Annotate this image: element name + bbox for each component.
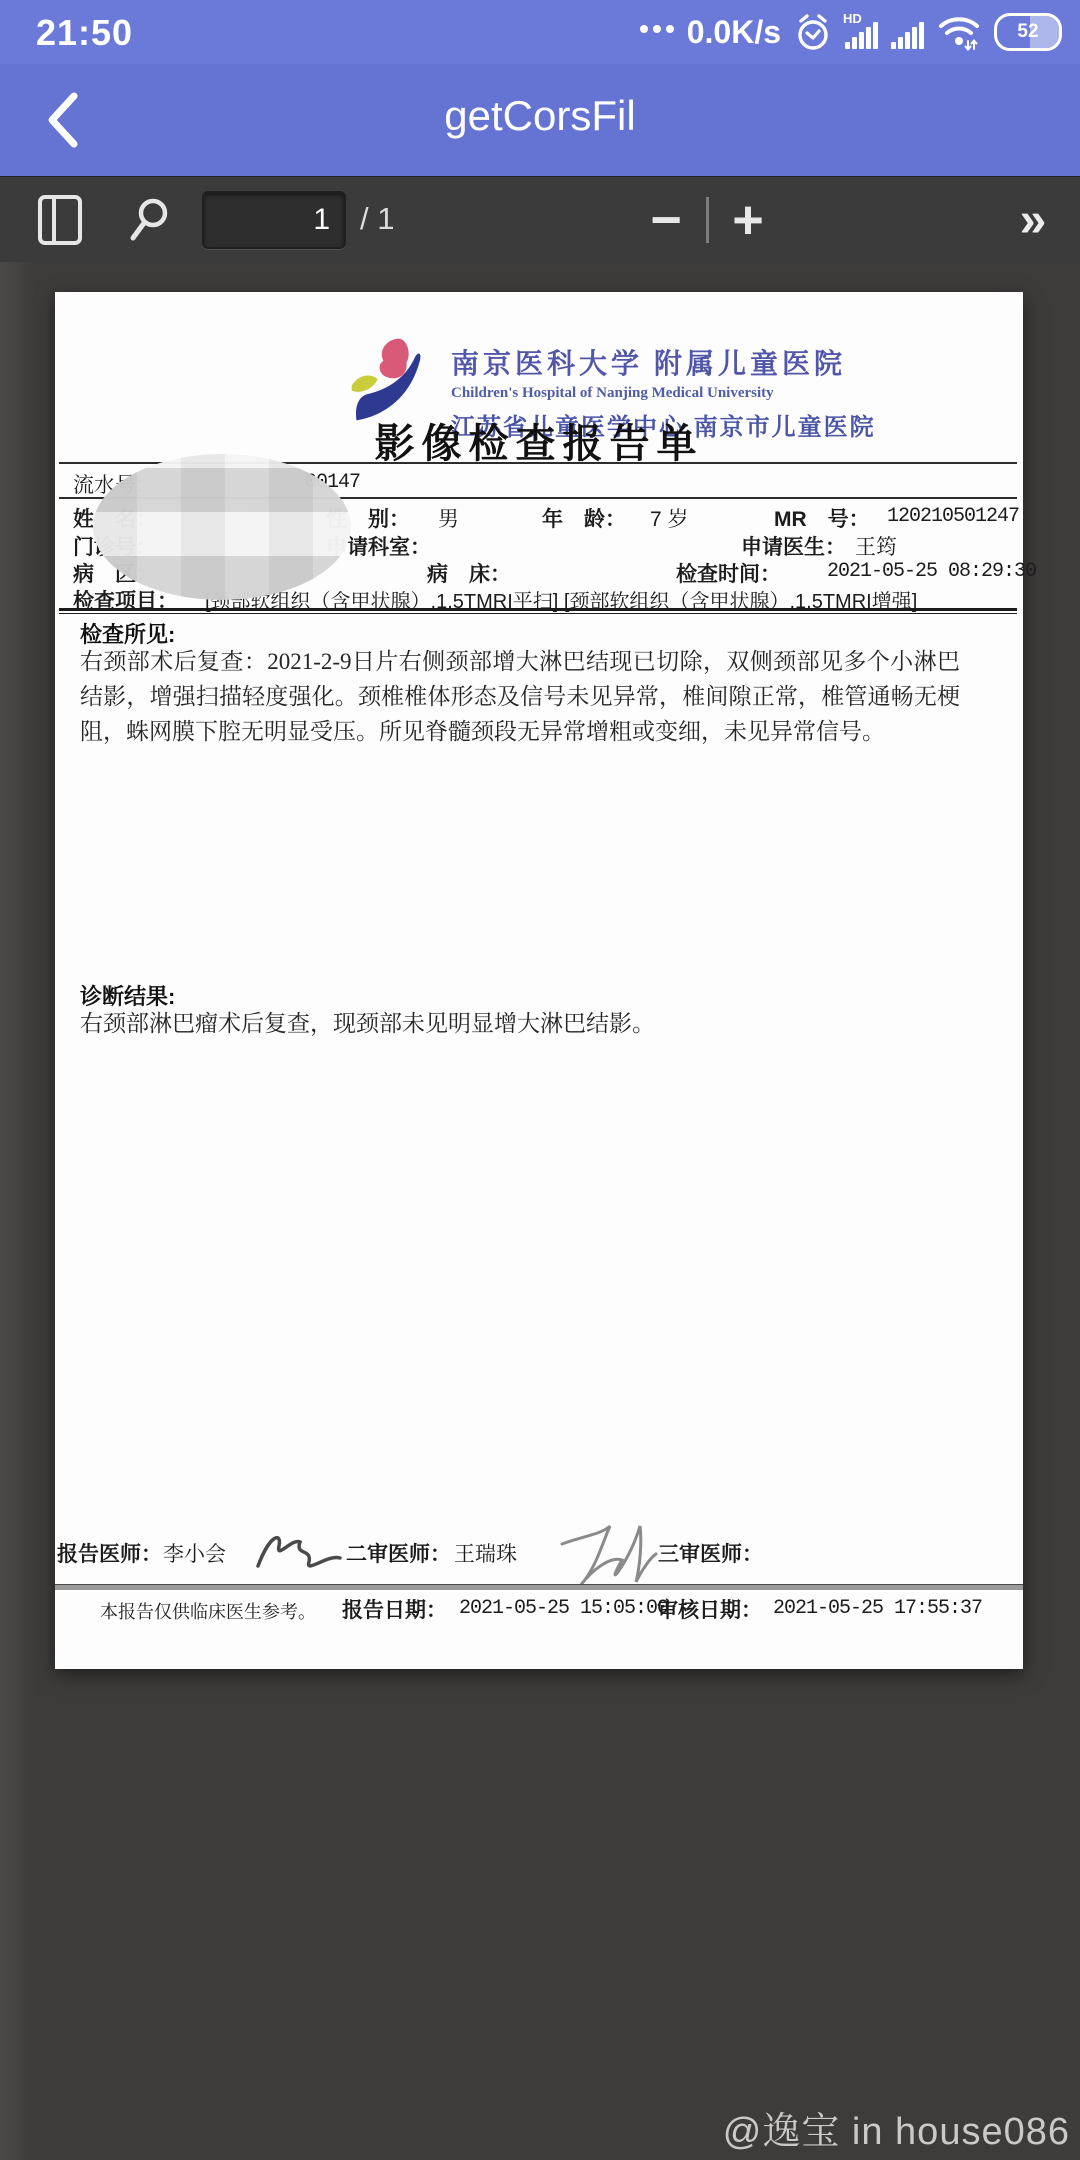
mr-value: 120210501247 xyxy=(887,505,1019,528)
findings-text: 右颈部术后复查：2021-2-9日片右侧颈部增大淋巴结现已切除，双侧颈部见多个小… xyxy=(80,644,960,749)
clock: 21:50 xyxy=(36,12,133,54)
toolbar-divider xyxy=(706,197,709,243)
more-tools-icon[interactable]: » xyxy=(1000,177,1062,263)
report-page: 南京医科大学 附属儿童医院 Children's Hospital of Nan… xyxy=(55,292,1023,1669)
page-total: / 1 xyxy=(360,201,394,237)
exam-time-value: 2021-05-25 08:29:30 xyxy=(827,560,1036,583)
app-bar: getCorsFil xyxy=(0,64,1080,176)
footer-note: 本报告仅供临床医生参考。 xyxy=(100,1598,316,1624)
sidebar-toggle-icon[interactable] xyxy=(34,177,86,263)
zoom-in-button[interactable]: + xyxy=(716,177,780,263)
hd-signal-bars-icon: HD xyxy=(845,15,878,49)
signal-bars-icon xyxy=(891,15,924,49)
search-icon[interactable] xyxy=(122,177,178,263)
hospital-name-en: Children's Hospital of Nanjing Medical U… xyxy=(451,385,876,402)
review2-name: 王瑞珠 xyxy=(454,1538,517,1568)
alarm-clock-icon xyxy=(794,12,832,52)
pdf-viewer[interactable]: 南京医科大学 附属儿童医院 Children's Hospital of Nan… xyxy=(0,262,1080,2160)
divider xyxy=(59,613,1017,614)
wifi-icon xyxy=(937,13,981,51)
page-number-input[interactable] xyxy=(202,191,346,249)
footer-divider xyxy=(55,1584,1023,1590)
battery-icon: 52 xyxy=(994,13,1062,51)
handwritten-signature-1-icon xyxy=(250,1524,346,1580)
watermark: @逸宝 in house086 xyxy=(723,2100,1070,2155)
status-bar: 21:50 0.0K/s HD xyxy=(0,0,1080,64)
network-speed: 0.0K/s xyxy=(687,14,781,51)
divider xyxy=(59,608,1017,611)
gender-value: 男 xyxy=(438,503,459,533)
pdf-toolbar: / 1 − + » xyxy=(0,176,1080,265)
signature-row: 报告医师： 李小会 二审医师： 王瑞珠 三审医师： xyxy=(55,1538,1023,1582)
report-date: 2021-05-25 15:05:00 xyxy=(459,1597,668,1620)
audit-date: 2021-05-25 17:55:37 xyxy=(773,1597,982,1620)
traffic-dots-icon xyxy=(640,25,674,39)
hospital-name-cn: 南京医科大学 附属儿童医院 xyxy=(451,342,876,382)
reporter-name: 李小会 xyxy=(163,1538,226,1568)
page-title: getCorsFil xyxy=(0,92,1080,140)
privacy-mosaic-blur xyxy=(93,454,351,600)
screen: 21:50 0.0K/s HD xyxy=(0,0,1080,2160)
age-value: 7 岁 xyxy=(650,503,689,533)
zoom-out-button[interactable]: − xyxy=(636,177,696,263)
battery-level: 52 xyxy=(1017,21,1038,43)
diagnosis-text: 右颈部淋巴瘤术后复查，现颈部未见明显增大淋巴结影。 xyxy=(80,1006,960,1041)
doctor-value: 王筠 xyxy=(855,531,897,561)
footer-row: 本报告仅供临床医生参考。 报告日期： 2021-05-25 15:05:00 审… xyxy=(55,1594,1023,1622)
